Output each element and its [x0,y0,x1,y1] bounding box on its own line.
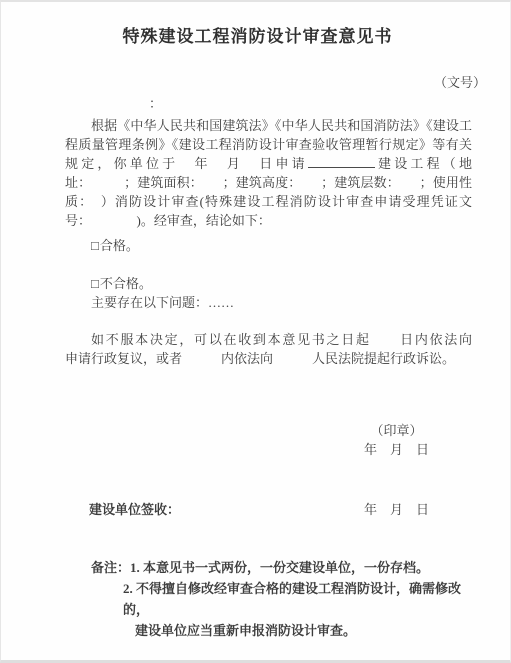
note-item-1: 1. 本意见书一式两份，一份交建设单位，一份存档。 [130,560,429,575]
conclusion-pass-row: □合格。 [65,236,486,255]
addressee-line: ： [65,94,486,113]
doc-number-placeholder: （文号） [65,73,486,92]
sign-row: 建设单位签收： 年 月 日 [65,500,486,519]
problems-line: 主要存在以下问题：…… [65,293,486,312]
sign-label: 建设单位签收： [65,500,180,519]
document-title: 特殊建设工程消防设计审查意见书 [65,26,450,47]
pass-label: 合格。 [100,238,139,253]
stamp-placeholder: （印章） [364,421,429,440]
notes-section: 备注：1. 本意见书一式两份，一份交建设单位，一份存档。 2. 不得擅自修改经审… [65,557,486,641]
conclusion-fail-row: □不合格。 [65,274,486,293]
appeal-paragraph: 如不服本决定，可以在收到本意见书之日起 日内依法向 申请行政复议，或者 内依法向… [65,330,472,368]
note-item-2: 2. 不得擅自修改经审查合格的建设工程消防设计，确需修改的， [65,578,486,620]
note-item-2-continuation: 建设单位应当重新申报消防设计审查。 [65,620,486,641]
issuer-date-line: 年 月 日 [364,440,429,459]
note-line-1: 备注：1. 本意见书一式两份，一份交建设单位，一份存档。 [65,557,486,578]
issuer-block: （印章） 年 月 日 [65,421,486,459]
sign-date-line: 年 月 日 [364,500,429,519]
notes-label: 备注： [91,560,130,575]
checkbox-fail-icon: □ [91,276,99,291]
project-name-blank-underline [308,155,375,168]
document-page: 特殊建设工程消防设计审查意见书 （文号） ： 根据《中华人民共和国建筑法》《中华… [0,0,511,663]
checkbox-pass-icon: □ [91,238,99,253]
main-paragraph: 根据《中华人民共和国建筑法》《中华人民共和国消防法》《建设工程质量管理条例》《建… [65,116,472,230]
fail-label: 不合格。 [100,276,152,291]
